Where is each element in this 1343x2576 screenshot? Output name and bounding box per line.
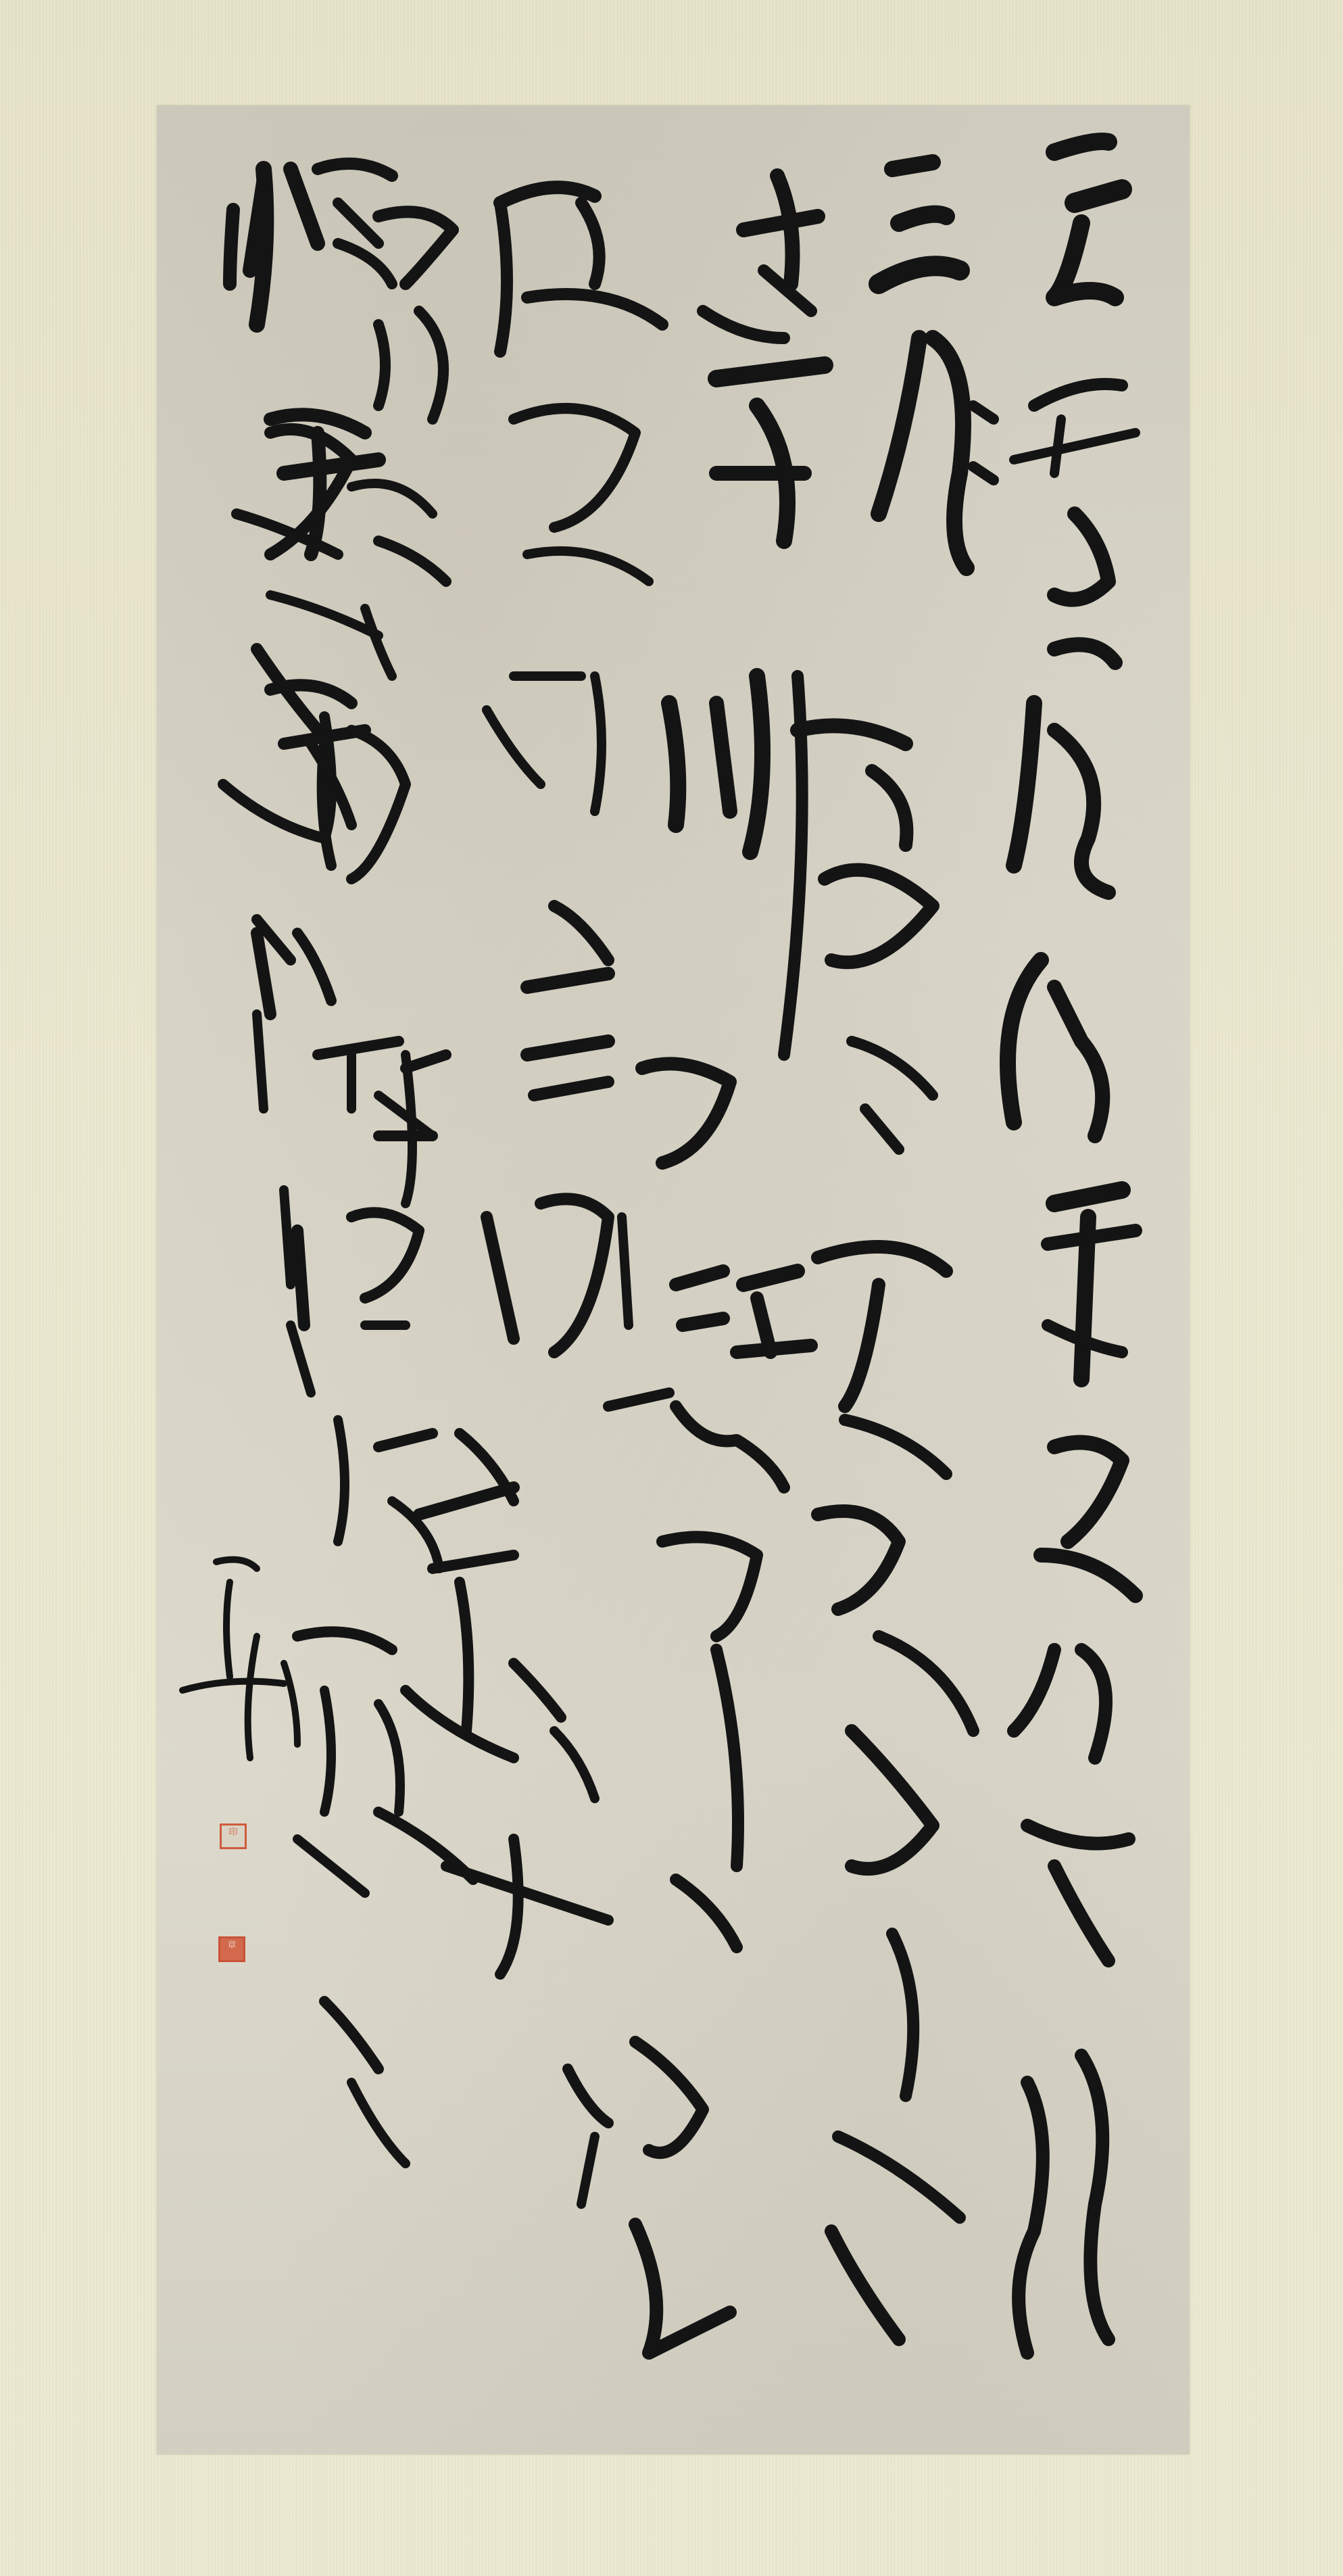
artist-seal-lower: 章 — [218, 1936, 245, 1962]
column-3-strokes — [635, 176, 825, 2353]
artist-seal-upper: 印 — [220, 1823, 247, 1849]
column-7-strokes — [223, 183, 351, 1393]
column-1-strokes — [1008, 141, 1136, 2353]
signature-strokes — [182, 1560, 297, 1758]
seal-text-upper: 印 — [228, 1828, 237, 1838]
calligraphy-ink — [0, 0, 1343, 2576]
column-4-strokes — [446, 187, 669, 2204]
seal-text-lower: 章 — [227, 1940, 236, 1951]
column-2-strokes — [798, 162, 994, 2339]
